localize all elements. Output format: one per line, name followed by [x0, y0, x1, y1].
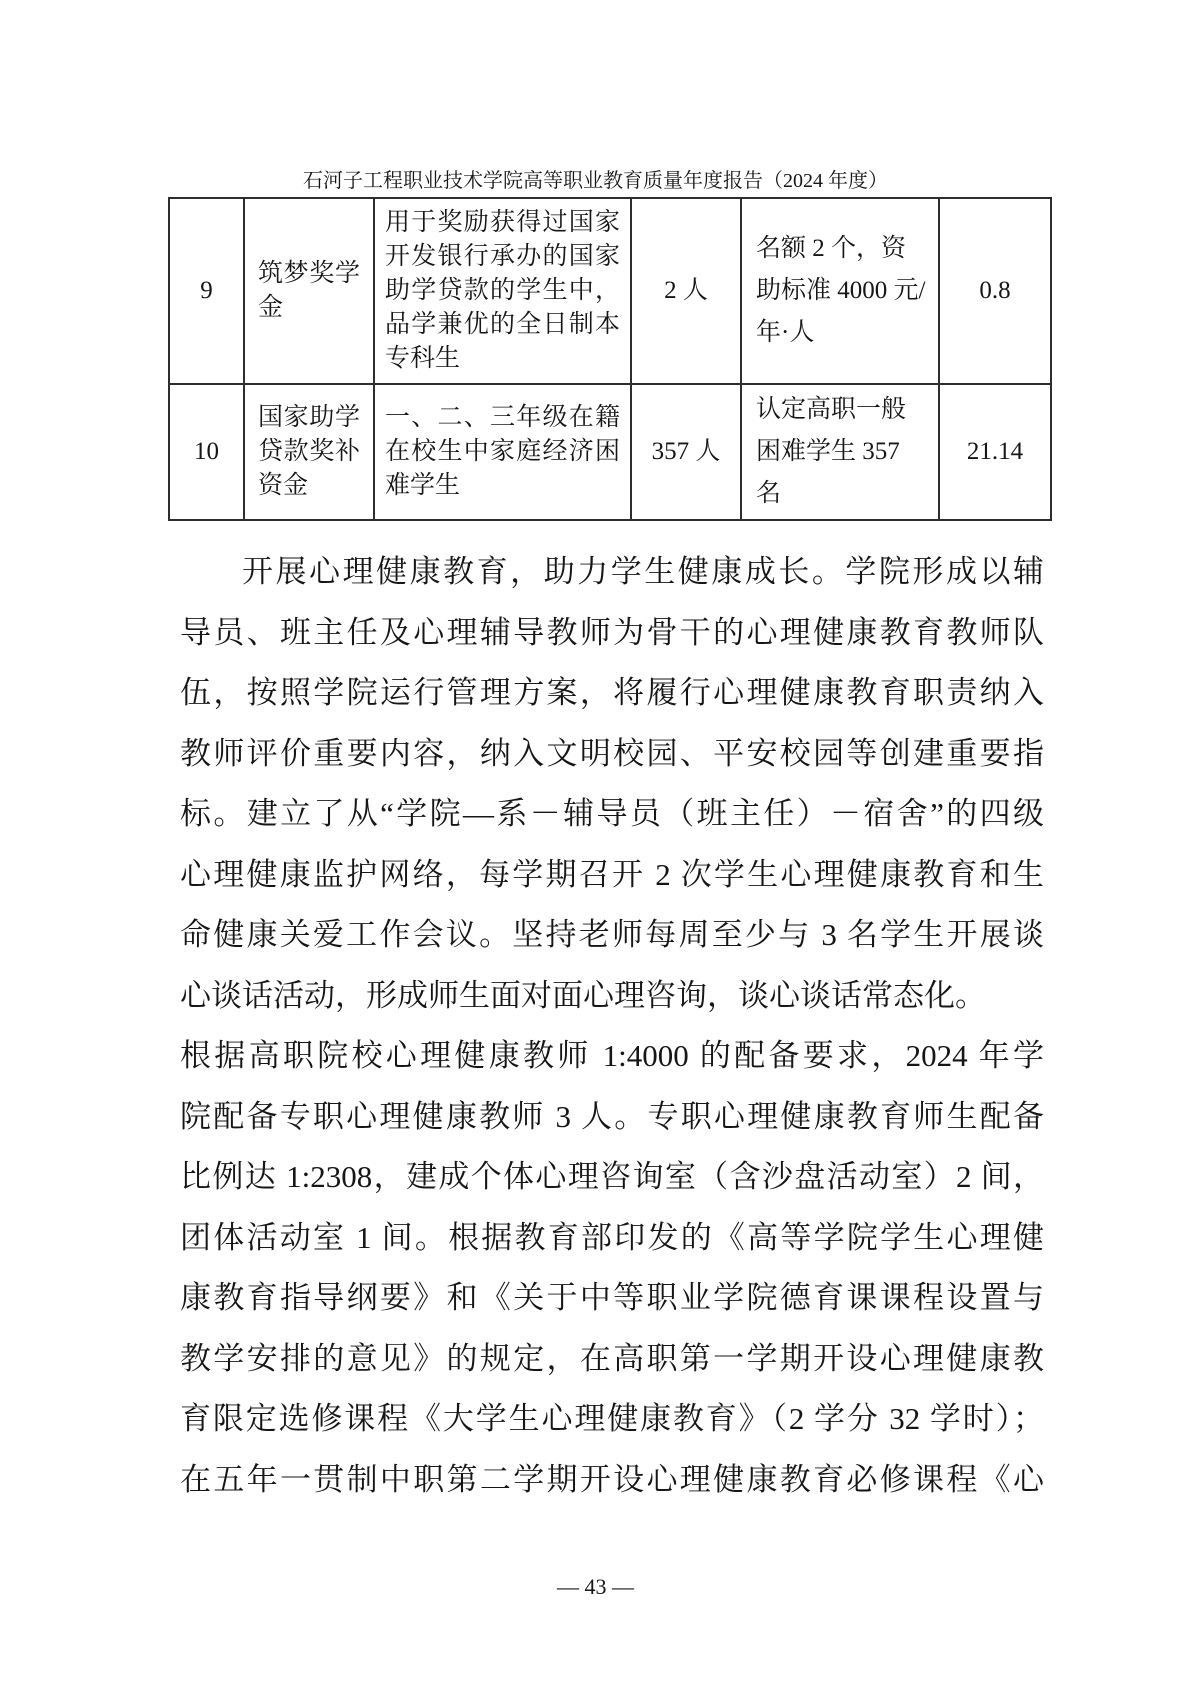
- page-number: — 43 —: [0, 1572, 1191, 1602]
- body-line: 根据高职院校心理健康教师 1:4000 的配备要求，2024 年学: [180, 1026, 1044, 1087]
- cell-row-number: 10: [169, 384, 244, 520]
- body-line: 团体活动室 1 间。根据教育部印发的《高等学院学生心理健: [180, 1208, 1044, 1269]
- document-page: 石河子工程职业技术学院高等职业教育质量年度报告（2024 年度） 9 筑梦奖学金…: [0, 0, 1191, 1684]
- body-line: 标。建立了从“学院—系－辅导员（班主任）－宿舍”的四级: [180, 784, 1044, 845]
- body-line: 开展心理健康教育，助力学生健康成长。学院形成以辅: [180, 542, 1044, 603]
- page-header-title: 石河子工程职业技术学院高等职业教育质量年度报告（2024 年度）: [0, 168, 1191, 194]
- body-line: 教师评价重要内容，纳入文明校园、平安校园等创建重要指: [180, 724, 1044, 785]
- body-line: 育限定选修课程《大学生心理健康教育》（2 学分 32 学时）；: [180, 1389, 1044, 1450]
- cell-detail: 认定高职一般困难学生 357 名: [741, 384, 939, 520]
- body-line: 院配备专职心理健康教师 3 人。专职心理健康教育师生配备: [180, 1087, 1044, 1148]
- table-row: 10 国家助学贷款奖补资金 一、二、三年级在籍在校生中家庭经济困难学生 357 …: [169, 384, 1051, 520]
- body-line: 康教育指导纲要》和《关于中等职业学院德育课课程设置与: [180, 1268, 1044, 1329]
- cell-amount: 0.8: [939, 198, 1051, 384]
- body-line: 心理健康监护网络，每学期召开 2 次学生心理健康教育和生: [180, 845, 1044, 906]
- body-line: 在五年一贯制中职第二学期开设心理健康教育必修课程《心: [180, 1450, 1044, 1511]
- body-paragraph: 开展心理健康教育，助力学生健康成长。学院形成以辅 导员、班主任及心理辅导教师为骨…: [180, 542, 1044, 1510]
- body-line: 心谈话活动，形成师生面对面心理咨询，谈心谈话常态化。: [180, 966, 1044, 1027]
- cell-count: 357 人: [631, 384, 741, 520]
- body-line: 命健康关爱工作会议。坚持老师每周至少与 3 名学生开展谈: [180, 905, 1044, 966]
- cell-row-number: 9: [169, 198, 244, 384]
- cell-amount: 21.14: [939, 384, 1051, 520]
- table-row: 9 筑梦奖学金 用于奖励获得过国家开发银行承办的国家助学贷款的学生中，品学兼优的…: [169, 198, 1051, 384]
- body-line: 比例达 1:2308，建成个体心理咨询室（含沙盘活动室）2 间，: [180, 1147, 1044, 1208]
- cell-count: 2 人: [631, 198, 741, 384]
- cell-grant-name: 筑梦奖学金: [244, 198, 374, 384]
- cell-description: 一、二、三年级在籍在校生中家庭经济困难学生: [374, 384, 631, 520]
- cell-detail: 名额 2 个，资助标准 4000 元/年·人: [741, 198, 939, 384]
- body-line: 导员、班主任及心理辅导教师为骨干的心理健康教育教师队: [180, 603, 1044, 664]
- grants-table: 9 筑梦奖学金 用于奖励获得过国家开发银行承办的国家助学贷款的学生中，品学兼优的…: [168, 197, 1052, 521]
- body-line: 伍，按照学院运行管理方案，将履行心理健康教育职责纳入: [180, 663, 1044, 724]
- cell-grant-name: 国家助学贷款奖补资金: [244, 384, 374, 520]
- cell-description: 用于奖励获得过国家开发银行承办的国家助学贷款的学生中，品学兼优的全日制本专科生: [374, 198, 631, 384]
- body-line: 教学安排的意见》的规定，在高职第一学期开设心理健康教: [180, 1329, 1044, 1390]
